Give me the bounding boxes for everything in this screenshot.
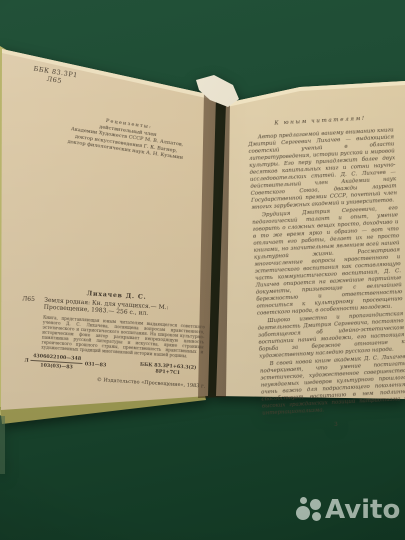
print-code-prefix: Л	[24, 357, 29, 363]
catalog-card: Лихачев Д. С. Л65 Земля родная: Кн. для …	[17, 286, 212, 390]
cover-edge-glimpse	[0, 416, 5, 474]
page-number: 3	[263, 418, 405, 432]
body-paragraph: Эрудиция Дмитрия Сергеевича, его педагог…	[252, 205, 403, 317]
listing-photo: ББК 83.3Р1 Л65 Рецензенты: действительны…	[0, 0, 405, 540]
body-paragraph: Автор предлагаемой вашему вниманию книги…	[248, 127, 398, 212]
catalog-index: Л65	[22, 295, 45, 311]
avito-logo-icon	[294, 495, 322, 525]
avito-wordmark: Avito	[325, 495, 400, 525]
body-paragraph: В своей новой книге академик Д. С. Лихач…	[260, 354, 405, 418]
intro-text-block: К юным читателям! Автор предлагаемой ваш…	[247, 114, 405, 431]
avito-watermark: Avito	[294, 495, 400, 525]
open-book: ББК 83.3Р1 Л65 Рецензенты: действительны…	[0, 0, 405, 540]
print-code-fraction: Л 4306022100—348 103(03)—83 031—83	[24, 353, 107, 373]
body-paragraph: Широко известна и пропагандистская деяте…	[257, 311, 405, 361]
annotation-text: Книга, представляющая юным читателям выд…	[41, 314, 205, 359]
bbk-codes-block: ББК 83.3Р1+63.3(2) 8Р1+7С1	[139, 361, 196, 377]
print-code-suffix: 031—83	[85, 361, 107, 368]
